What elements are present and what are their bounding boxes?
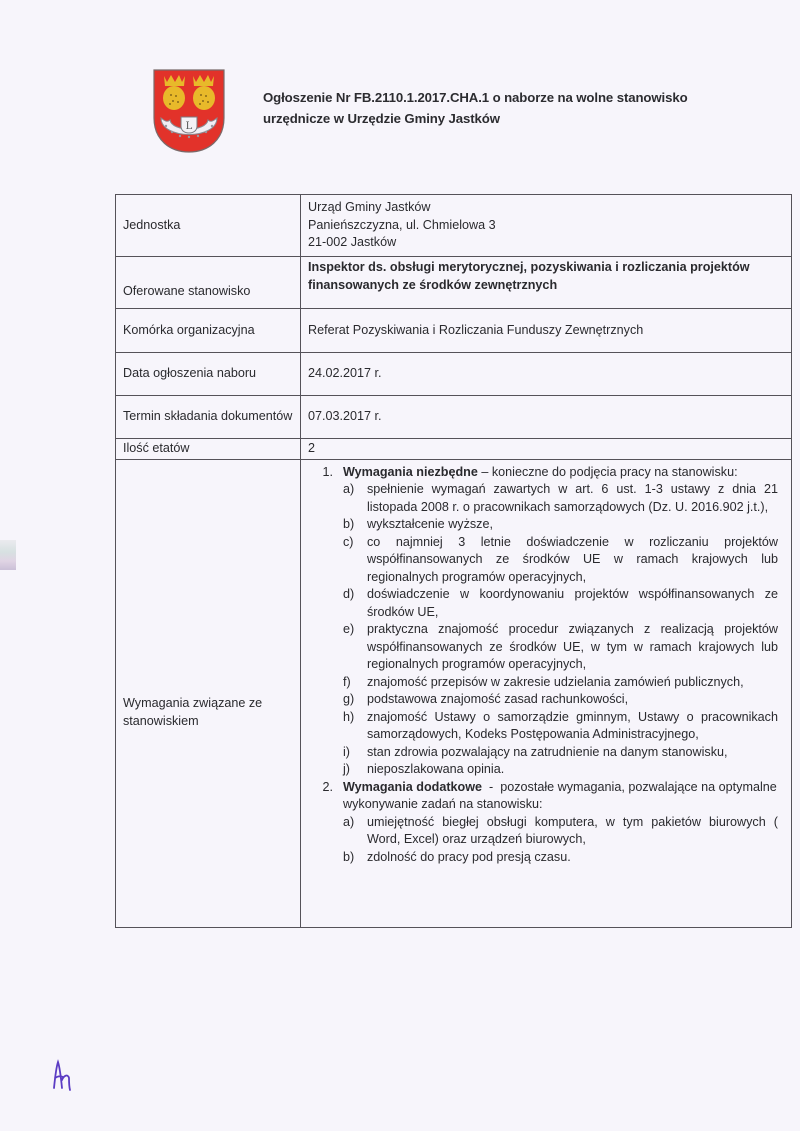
item-letter: d) — [343, 586, 367, 621]
item-text: co najmniej 3 letnie doświadczenie w roz… — [367, 534, 778, 587]
section-heading-bold: Wymagania dodatkowe — [343, 780, 482, 794]
requirements-section: 2.Wymagania dodatkowe - pozostałe wymaga… — [303, 779, 778, 867]
requirement-item: e)praktyczna znajomość procedur związany… — [343, 621, 778, 674]
item-text: nieposzlakowana opinia. — [367, 761, 778, 779]
value-data-ogloszenia: 24.02.2017 r. — [301, 353, 792, 396]
section-heading-rest: – konieczne do podjęcia pracy na stanowi… — [478, 465, 738, 479]
item-text: znajomość przepisów w zakresie udzielani… — [367, 674, 778, 692]
label-wymagania: Wymagania związane ze stanowiskiem — [116, 459, 301, 927]
item-letter: b) — [343, 516, 367, 534]
item-letter: a) — [343, 814, 367, 849]
requirements-section: 1.Wymagania niezbędne – konieczne do pod… — [303, 464, 778, 779]
item-letter: g) — [343, 691, 367, 709]
address-line: Urząd Gminy Jastków — [308, 199, 784, 217]
label-data-ogloszenia: Data ogłoszenia naboru — [116, 353, 301, 396]
section-heading: Wymagania niezbędne – konieczne do podję… — [343, 464, 778, 482]
item-text: znajomość Ustawy o samorządzie gminnym, … — [367, 709, 778, 744]
item-letter: c) — [343, 534, 367, 587]
item-letter: h) — [343, 709, 367, 744]
title-line-2: urzędnicze w Urzędzie Gminy Jastków — [263, 108, 743, 129]
title-line-1: Ogłoszenie Nr FB.2110.1.2017.CHA.1 o nab… — [263, 87, 743, 108]
requirement-item: h)znajomość Ustawy o samorządzie gminnym… — [343, 709, 778, 744]
label-komorka: Komórka organizacyjna — [116, 309, 301, 353]
label-etaty: Ilość etatów — [116, 439, 301, 460]
requirement-item: f)znajomość przepisów w zakresie udziela… — [343, 674, 778, 692]
requirement-item: i)stan zdrowia pozwalający na zatrudnien… — [343, 744, 778, 762]
section-heading-bold: Wymagania niezbędne — [343, 465, 478, 479]
announcement-table: Jednostka Urząd Gminy Jastków Panieńszcz… — [115, 194, 792, 928]
requirement-item: g)podstawowa znajomość zasad rachunkowoś… — [343, 691, 778, 709]
label-jednostka: Jednostka — [116, 195, 301, 257]
value-etaty: 2 — [301, 439, 792, 460]
signature-icon — [48, 1058, 84, 1094]
requirement-item: c)co najmniej 3 letnie doświadczenie w r… — [343, 534, 778, 587]
requirement-item: b)zdolność do pracy pod presją czasu. — [343, 849, 778, 867]
svg-text:L: L — [186, 121, 193, 132]
requirement-item: a)umiejętność biegłej obsługi komputera,… — [343, 814, 778, 849]
label-stanowisko: Oferowane stanowisko — [116, 257, 301, 309]
item-letter: i) — [343, 744, 367, 762]
value-jednostka: Urząd Gminy Jastków Panieńszczyzna, ul. … — [301, 195, 792, 257]
announcement-title: Ogłoszenie Nr FB.2110.1.2017.CHA.1 o nab… — [263, 87, 743, 129]
scan-artifact — [0, 540, 16, 570]
item-letter: j) — [343, 761, 367, 779]
address-line: Panieńszczyzna, ul. Chmielowa 3 — [308, 217, 784, 235]
row-wymagania: Wymagania związane ze stanowiskiem 1.Wym… — [116, 459, 792, 927]
item-text: umiejętność biegłej obsługi komputera, w… — [367, 814, 778, 849]
address-line: 21-002 Jastków — [308, 234, 784, 252]
row-jednostka: Jednostka Urząd Gminy Jastków Panieńszcz… — [116, 195, 792, 257]
item-text: podstawowa znajomość zasad rachunkowości… — [367, 691, 778, 709]
label-termin: Termin składania dokumentów — [116, 396, 301, 439]
value-wymagania: 1.Wymagania niezbędne – konieczne do pod… — [301, 459, 792, 927]
item-letter: e) — [343, 621, 367, 674]
section-number: 1. — [303, 464, 343, 779]
item-text: praktyczna znajomość procedur związanych… — [367, 621, 778, 674]
coat-of-arms-icon: L — [152, 68, 226, 154]
item-text: doświadczenie w koordynowaniu projektów … — [367, 586, 778, 621]
section-number: 2. — [303, 779, 343, 867]
value-komorka: Referat Pozyskiwania i Rozliczania Fundu… — [301, 309, 792, 353]
value-termin: 07.03.2017 r. — [301, 396, 792, 439]
item-letter: b) — [343, 849, 367, 867]
section-heading: Wymagania dodatkowe - pozostałe wymagani… — [343, 779, 778, 814]
row-termin: Termin składania dokumentów 07.03.2017 r… — [116, 396, 792, 439]
requirement-item: a)spełnienie wymagań zawartych w art. 6 … — [343, 481, 778, 516]
row-stanowisko: Oferowane stanowisko Inspektor ds. obsłu… — [116, 257, 792, 309]
item-letter: a) — [343, 481, 367, 516]
requirement-item: d)doświadczenie w koordynowaniu projektó… — [343, 586, 778, 621]
item-letter: f) — [343, 674, 367, 692]
item-text: wykształcenie wyższe, — [367, 516, 778, 534]
item-text: spełnienie wymagań zawartych w art. 6 us… — [367, 481, 778, 516]
requirement-item: b)wykształcenie wyższe, — [343, 516, 778, 534]
item-text: stan zdrowia pozwalający na zatrudnienie… — [367, 744, 778, 762]
requirements-list: 1.Wymagania niezbędne – konieczne do pod… — [303, 461, 784, 887]
item-text: zdolność do pracy pod presją czasu. — [367, 849, 778, 867]
requirement-item: j)nieposzlakowana opinia. — [343, 761, 778, 779]
row-komorka: Komórka organizacyjna Referat Pozyskiwan… — [116, 309, 792, 353]
value-stanowisko: Inspektor ds. obsługi merytorycznej, poz… — [301, 257, 792, 309]
row-data-ogloszenia: Data ogłoszenia naboru 24.02.2017 r. — [116, 353, 792, 396]
row-etaty: Ilość etatów 2 — [116, 439, 792, 460]
